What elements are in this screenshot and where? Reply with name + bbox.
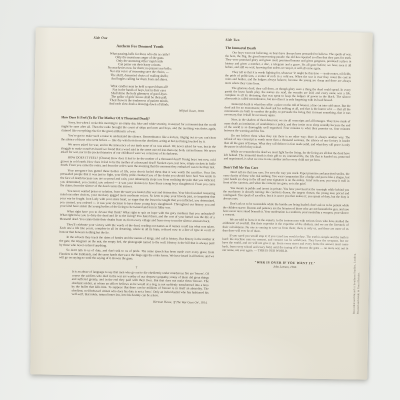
lennon-attribution: John Lennon, 1969.	[222, 265, 348, 270]
side-two-label: Side Two	[226, 38, 352, 43]
lyrics-paragraph: They tell us that it is worth fighting f…	[225, 71, 351, 87]
lyrics-paragraph: HOW DOES IT FEEL? (Chorus) How does it f…	[61, 156, 216, 170]
poem-stanza-1: What passing-bells for these who die as …	[62, 51, 217, 82]
hesse-attribution: Herman Hesse, 'If The War Goes On', 1914…	[58, 299, 207, 305]
side-one-column: Side One Anthem For Doomed Youth What pa…	[58, 36, 217, 305]
side-one-label: Side One	[94, 36, 218, 41]
lyrics-paragraph: You never wanted peace or solution, from…	[60, 189, 215, 210]
side-two-column: Side Two The Immortal Death Our boys wen…	[221, 38, 351, 306]
lyrics-paragraph: So don't talk to us of duty, and don't t…	[59, 248, 214, 262]
lyrics-paragraph: They'll celebrate your victory with the …	[60, 223, 215, 237]
lyrics-paragraph: Do not believe them when they say there …	[224, 134, 350, 150]
lyrics-paragraph: Your arrogance has gutted these bodies o…	[60, 169, 215, 190]
poem-stanza-2: What candles may be held to speed them a…	[62, 84, 217, 108]
lyrics-paragraph: If you cared you would stop it; if you c…	[222, 234, 348, 254]
sleeve-print-area: Side One Anthem For Doomed Youth What pa…	[30, 27, 372, 379]
side-one-lyrics: Sorry, but when I woke this morning to a…	[59, 121, 216, 262]
lyrics-paragraph: Immortal death is what they offer: a pla…	[224, 103, 350, 119]
poem-title: Anthem For Doomed Youth	[62, 43, 217, 50]
hesse-quote-block: It is an abuse of language to say that m…	[58, 270, 213, 305]
lyrics-paragraph: In the schools they teach the dates of b…	[59, 235, 214, 249]
record-sleeve-back: Side One Anthem For Doomed Youth What pa…	[30, 27, 372, 379]
photo-background: Side One Anthem For Doomed Youth What pa…	[0, 0, 400, 400]
hesse-quote-text: It is an abuse of language to say that m…	[72, 270, 209, 299]
lyrics-paragraph: Don't ask us to be reasonable while the …	[223, 202, 349, 218]
lyrics-paragraph: Don't tell me that you care; I've seen t…	[223, 171, 349, 187]
lyrics-paragraph: Our boys went out believing, as boys hav…	[225, 51, 351, 71]
immortal-death-lyrics: Our boys went out believing, as boys hav…	[224, 51, 352, 163]
edge-credits: Recorded and mixed at Southern Studios, …	[352, 253, 361, 314]
dont-tell-me-you-care-lyrics: Don't tell me that you care; I've seen t…	[222, 171, 349, 255]
lyrics-paragraph: What right have you to devour that flesh…	[60, 210, 215, 224]
poem-attribution: Wilfred Owen, 1918.	[61, 107, 204, 113]
lyrics-paragraph: You mourn in public and invest in privat…	[223, 187, 349, 203]
lyrics-paragraph: Sorry, but when I woke this morning to a…	[61, 121, 216, 135]
lyrics-paragraph: We never asked for war, and in the innoc…	[61, 143, 216, 157]
lyrics-paragraph: The glorious dead, they call them, as th…	[225, 87, 351, 103]
lyrics-paragraph: We are told to leave it to the experts, …	[223, 218, 349, 234]
lyrics-paragraph: Now, in the shadow of their deterrent, w…	[224, 119, 350, 135]
lyrics-paragraph: While we remember the dead we must fight…	[224, 150, 350, 163]
